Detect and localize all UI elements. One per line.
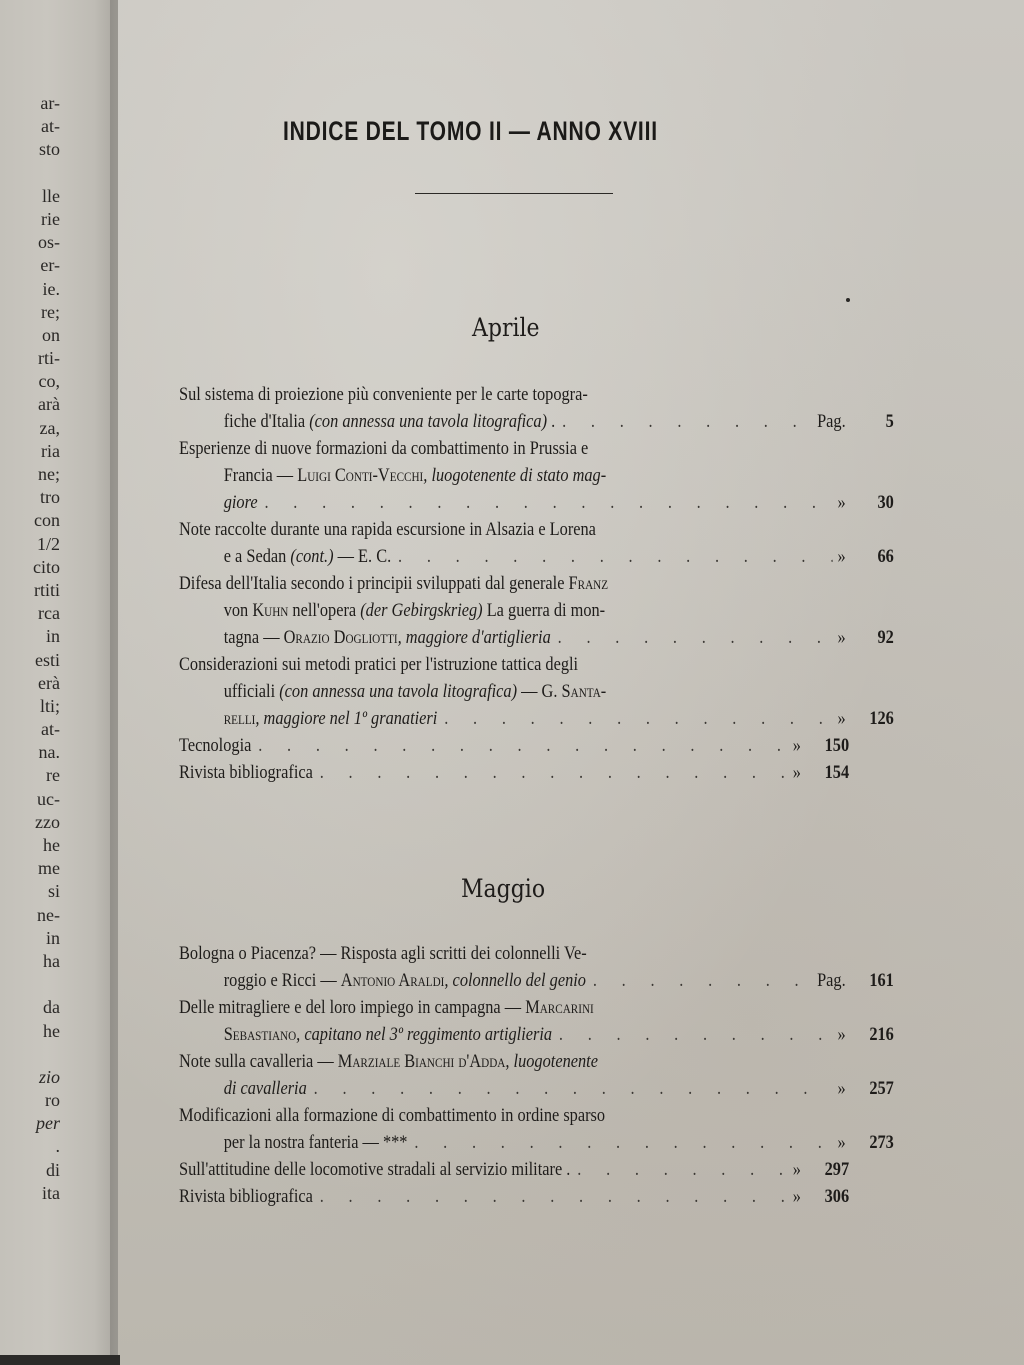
page-number: 150 [801, 732, 849, 759]
entry-title-text: tagna — [224, 627, 284, 648]
author-name: Luigi Conti-Vecchi [297, 465, 423, 486]
section-heading-maggio: Maggio [461, 874, 545, 903]
toc-entry-line: Delle mitragliere e del loro impiego in … [179, 994, 849, 1021]
toc-entry[interactable]: Difesa dell'Italia secondo i principii s… [179, 570, 849, 651]
entry-title-text: Sul sistema di proiezione più convenient… [179, 384, 588, 405]
left-page-line-fragment: ar- [0, 92, 60, 115]
page-number: 126 [846, 705, 894, 732]
toc-entry[interactable]: Rivista bibliografica»306 [179, 1183, 849, 1210]
toc-entry[interactable]: Considerazioni sui metodi pratici per l'… [179, 651, 849, 732]
dot-leader [586, 967, 812, 994]
left-page-line-fragment: 1/2 [0, 533, 60, 556]
left-page-line-fragment: tro [0, 486, 60, 509]
toc-entry[interactable]: Sull'attitudine delle locomotive stradal… [179, 1156, 849, 1183]
toc-entry[interactable]: Note sulla cavalleria — Marziale Bianchi… [179, 1048, 849, 1102]
left-page-line-fragment: zio [0, 1066, 60, 1089]
entry-italic-text: , capitano nel 3º reggimento artiglieria [296, 1024, 552, 1045]
toc-entry[interactable]: Rivista bibliografica»154 [179, 759, 849, 786]
toc-entry-line: Sebastiano, capitano nel 3º reggimento a… [179, 1021, 894, 1048]
left-page-line-fragment: ro [0, 1089, 60, 1112]
toc-entry-line: Rivista bibliografica»306 [179, 1183, 849, 1210]
toc-entry-line: fiche d'Italia (con annessa una tavola l… [179, 408, 894, 435]
entry-text-suffix: — G. [517, 681, 561, 702]
left-page-line-fragment: he [0, 1020, 60, 1043]
dot-leader [391, 543, 832, 570]
dot-leader [258, 489, 833, 516]
toc-entry-line: roggio e Ricci — Antonio Araldi, colonne… [179, 967, 894, 994]
author-name: Sebastiano [224, 1024, 296, 1045]
left-page-line-fragment: me [0, 857, 60, 880]
toc-entry-line: tagna — Orazio Dogliotti, maggiore d'art… [179, 624, 894, 651]
author-name: Orazio Dogliotti [284, 627, 398, 648]
page-label: Pag. [812, 408, 846, 435]
entry-title-text: Rivista bibliografica [179, 762, 313, 783]
author-name: Marziale Bianchi d'Adda [338, 1051, 506, 1072]
entry-italic-text: , luogotenente di stato mag- [423, 465, 606, 486]
toc-entry-line: Rivista bibliografica»154 [179, 759, 849, 786]
entry-title-text: Francia — [224, 465, 298, 486]
page-label: » [832, 543, 845, 570]
entry-text: Bologna o Piacenza? — Risposta agli scri… [179, 940, 587, 967]
author-name: Antonio Araldi [341, 970, 445, 991]
left-page-line-fragment: erà [0, 672, 60, 695]
entry-title-text: Delle mitragliere e del loro impiego in … [179, 997, 525, 1018]
toc-entry-line: Sull'attitudine delle locomotive stradal… [179, 1156, 849, 1183]
toc-entry-line: Difesa dell'Italia secondo i principii s… [179, 570, 849, 597]
entry-title-text: fiche d'Italia [224, 411, 310, 432]
left-page-line-fragment: ne- [0, 904, 60, 927]
entry-title-text: Esperienze di nuove formazioni da combat… [179, 438, 588, 459]
section-heading-aprile: Aprile [472, 313, 540, 342]
toc-entry-line: Considerazioni sui metodi pratici per l'… [179, 651, 849, 678]
entry-text: Sull'attitudine delle locomotive stradal… [179, 1156, 570, 1183]
page-number: 92 [846, 624, 894, 651]
left-page-line-fragment: da [0, 996, 60, 1019]
toc-entry[interactable]: Modificazioni alla formazione di combatt… [179, 1102, 849, 1156]
entry-italic-text: , maggiore nel 1º granatieri [255, 708, 437, 729]
entry-italic-text: (con annessa una tavola litografica) [309, 411, 547, 432]
left-page-line-fragment: ie. [0, 278, 60, 301]
page-label: » [832, 1021, 845, 1048]
entry-text: Esperienze di nuove formazioni da combat… [179, 435, 588, 462]
entry-italic-text: di cavalleria [224, 1078, 307, 1099]
left-page-line-fragment: rti- [0, 347, 60, 370]
page-label: » [788, 1183, 801, 1210]
entry-title-text: ufficiali [224, 681, 280, 702]
left-page-line-fragment: rca [0, 602, 60, 625]
entry-title-text: von [224, 600, 253, 621]
left-page-line-fragment: uc- [0, 788, 60, 811]
entry-text: Note sulla cavalleria — Marziale Bianchi… [179, 1048, 598, 1075]
left-page-line-fragment: ria [0, 440, 60, 463]
left-page-line-fragment: lle [0, 185, 60, 208]
title-divider [415, 193, 613, 194]
page-label: » [832, 489, 845, 516]
left-page-line-fragment: na. [0, 741, 60, 764]
toc-entry-line: Francia — Luigi Conti-Vecchi, luogotenen… [179, 462, 894, 489]
dot-leader [555, 408, 812, 435]
author-name: Kuhn [252, 600, 288, 621]
author-name: Santa- [562, 681, 607, 702]
dot-leader [551, 624, 833, 651]
entry-text: relli, maggiore nel 1º granatieri [224, 705, 438, 732]
bottom-shadow [0, 1355, 120, 1365]
left-page-edge: ar-at-sto llerieos-er-ie.re;onrti-co,arà… [0, 0, 118, 1365]
left-page-line-fragment: ita [0, 1182, 60, 1205]
toc-entry-line: Note sulla cavalleria — Marziale Bianchi… [179, 1048, 849, 1075]
toc-entry-line: giore»30 [179, 489, 894, 516]
dot-leader [313, 759, 788, 786]
page-number: 30 [846, 489, 894, 516]
entry-text: tagna — Orazio Dogliotti, maggiore d'art… [224, 624, 551, 651]
entry-text-continued: nell'opera [288, 600, 360, 621]
entry-text: Delle mitragliere e del loro impiego in … [179, 994, 594, 1021]
left-page-line-fragment: lti; [0, 695, 60, 718]
dot-leader [407, 1129, 832, 1156]
entry-title-text: e a Sedan [224, 546, 291, 567]
toc-entry[interactable]: Sul sistema di proiezione più convenient… [179, 381, 849, 435]
toc-entry-line: von Kuhn nell'opera (der Gebirgskrieg) L… [179, 597, 894, 624]
left-page-line-fragment: si [0, 880, 60, 903]
entry-text-suffix: — E. C. [334, 546, 392, 567]
dot-leader [307, 1075, 833, 1102]
entry-text: Francia — Luigi Conti-Vecchi, luogotenen… [224, 462, 606, 489]
toc-list-maggio: Bologna o Piacenza? — Risposta agli scri… [179, 940, 849, 1210]
entry-text-suffix: . [547, 411, 555, 432]
entry-title-text: roggio e Ricci — [224, 970, 341, 991]
entry-text: Modificazioni alla formazione di combatt… [179, 1102, 605, 1129]
entry-title-text: Note sulla cavalleria — [179, 1051, 338, 1072]
entry-italic-text: giore [224, 492, 258, 513]
dot-leader [251, 732, 787, 759]
page-label: » [788, 732, 801, 759]
left-page-line-fragment: di [0, 1159, 60, 1182]
entry-title-text: Difesa dell'Italia secondo i principii s… [179, 573, 569, 594]
toc-entry[interactable]: Delle mitragliere e del loro impiego in … [179, 994, 849, 1048]
entry-text: per la nostra fanteria — *** [224, 1129, 408, 1156]
entry-title-text: Bologna o Piacenza? — Risposta agli scri… [179, 943, 587, 964]
left-page-line-fragment: er- [0, 254, 60, 277]
entry-text: von Kuhn nell'opera (der Gebirgskrieg) L… [224, 597, 605, 624]
toc-entry[interactable]: Esperienze di nuove formazioni da combat… [179, 435, 849, 516]
page-label: Pag. [812, 967, 846, 994]
toc-entry[interactable]: Tecnologia»150 [179, 732, 849, 759]
entry-text-suffix: . [562, 1159, 570, 1180]
page-label: » [832, 1129, 845, 1156]
entry-text: Note raccolte durante una rapida escursi… [179, 516, 596, 543]
toc-entry-line: Tecnologia»150 [179, 732, 849, 759]
entry-italic-text: , maggiore d'artiglieria [398, 627, 551, 648]
toc-entry-line: Esperienze di nuove formazioni da combat… [179, 435, 849, 462]
left-page-line-fragment: esti [0, 649, 60, 672]
entry-text: Rivista bibliografica [179, 1183, 313, 1210]
left-page-line-fragment: he [0, 834, 60, 857]
page-number: 273 [846, 1129, 894, 1156]
left-page-line-fragment: re; [0, 301, 60, 324]
entry-title-text: Sull'attitudine delle locomotive stradal… [179, 1159, 562, 1180]
left-page-line-fragment: cito [0, 556, 60, 579]
left-page-line-fragment: ha [0, 950, 60, 973]
left-page-line-fragment: za, [0, 417, 60, 440]
entry-title-text: Rivista bibliografica [179, 1186, 313, 1207]
left-page-line-fragment: ne; [0, 463, 60, 486]
author-name: Franz [569, 573, 609, 594]
page-label: » [832, 1075, 845, 1102]
ink-speck [846, 298, 850, 302]
left-page-line-fragment [0, 162, 60, 185]
left-page-line-fragment: zzo [0, 811, 60, 834]
page-label: » [788, 759, 801, 786]
left-page-line-fragment: rie [0, 208, 60, 231]
page-number: 306 [801, 1183, 849, 1210]
entry-text: ufficiali (con annessa una tavola litogr… [224, 678, 607, 705]
entry-title-text: Tecnologia [179, 735, 251, 756]
toc-entry-line: Bologna o Piacenza? — Risposta agli scri… [179, 940, 849, 967]
left-page-line-fragment [0, 973, 60, 996]
left-page-line-fragment: at- [0, 115, 60, 138]
entry-title-text: Note raccolte durante una rapida escursi… [179, 519, 596, 540]
toc-entry-line: e a Sedan (cont.) — E. C.»66 [179, 543, 894, 570]
toc-entry-line: per la nostra fanteria — ***»273 [179, 1129, 894, 1156]
page-number: 257 [846, 1075, 894, 1102]
left-page-line-fragment: on [0, 324, 60, 347]
left-page-line-fragment: arà [0, 393, 60, 416]
page-number: 5 [846, 408, 894, 435]
left-page-line-fragment: rtiti [0, 579, 60, 602]
left-page-line-fragment: os- [0, 231, 60, 254]
toc-entry-line: relli, maggiore nel 1º granatieri»126 [179, 705, 894, 732]
page-title: INDICE DEL TOMO II — ANNO XVIII [283, 116, 657, 147]
page-label: » [788, 1156, 801, 1183]
left-page-line-fragment: co, [0, 370, 60, 393]
entry-text: giore [224, 489, 258, 516]
entry-text: Considerazioni sui metodi pratici per l'… [179, 651, 578, 678]
toc-entry-line: Modificazioni alla formazione di combatt… [179, 1102, 849, 1129]
toc-entry-line: Note raccolte durante una rapida escursi… [179, 516, 849, 543]
entry-italic-text: (der Gebirgskrieg) [360, 600, 482, 621]
left-page-line-fragment: con [0, 509, 60, 532]
page-number: 297 [801, 1156, 849, 1183]
entry-text: e a Sedan (cont.) — E. C. [224, 543, 391, 570]
toc-list-aprile: Sul sistema di proiezione più convenient… [179, 381, 849, 786]
left-page-line-fragment: per [0, 1112, 60, 1135]
toc-entry-line: di cavalleria»257 [179, 1075, 894, 1102]
entry-title-text: Considerazioni sui metodi pratici per l'… [179, 654, 578, 675]
left-page-line-fragment: at- [0, 718, 60, 741]
entry-text: fiche d'Italia (con annessa una tavola l… [224, 408, 556, 435]
page-number: 66 [846, 543, 894, 570]
page-number: 216 [846, 1021, 894, 1048]
entry-text: Sul sistema di proiezione più convenient… [179, 381, 588, 408]
entry-italic-text: , colonnello del genio [444, 970, 586, 991]
entry-italic-text: , luogotenente [505, 1051, 598, 1072]
author-name: relli [224, 708, 256, 729]
dot-leader [552, 1021, 832, 1048]
entry-text: Rivista bibliografica [179, 759, 313, 786]
dot-leader [570, 1156, 787, 1183]
toc-entry[interactable]: Bologna o Piacenza? — Risposta agli scri… [179, 940, 849, 994]
author-name: Marcarini [525, 997, 594, 1018]
left-page-line-fragment [0, 1043, 60, 1066]
toc-entry-line: Sul sistema di proiezione più convenient… [179, 381, 849, 408]
page-number: 161 [846, 967, 894, 994]
entry-text: Sebastiano, capitano nel 3º reggimento a… [224, 1021, 552, 1048]
entry-text: Tecnologia [179, 732, 251, 759]
dot-leader [437, 705, 832, 732]
entry-title-text: per la nostra fanteria — *** [224, 1132, 408, 1153]
left-page-line-fragment: in [0, 625, 60, 648]
left-page-line-fragment: in [0, 927, 60, 950]
left-page-line-fragment: re [0, 764, 60, 787]
entry-text: roggio e Ricci — Antonio Araldi, colonne… [224, 967, 586, 994]
page-label: » [832, 624, 845, 651]
left-page-text-column: ar-at-sto llerieos-er-ie.re;onrti-co,arà… [0, 92, 60, 1205]
dot-leader [313, 1183, 788, 1210]
entry-text-suffix: La guerra di mon- [483, 600, 606, 621]
toc-entry[interactable]: Note raccolte durante una rapida escursi… [179, 516, 849, 570]
entry-italic-text: (con annessa una tavola litografica) [279, 681, 517, 702]
entry-italic-text: (cont.) [290, 546, 333, 567]
entry-title-text: Modificazioni alla formazione di combatt… [179, 1105, 605, 1126]
left-page-line-fragment: sto [0, 138, 60, 161]
entry-text: Difesa dell'Italia secondo i principii s… [179, 570, 608, 597]
entry-text: di cavalleria [224, 1075, 307, 1102]
toc-entry-line: ufficiali (con annessa una tavola litogr… [179, 678, 894, 705]
page-number: 154 [801, 759, 849, 786]
left-page-line-fragment: . [0, 1135, 60, 1158]
page-label: » [832, 705, 845, 732]
